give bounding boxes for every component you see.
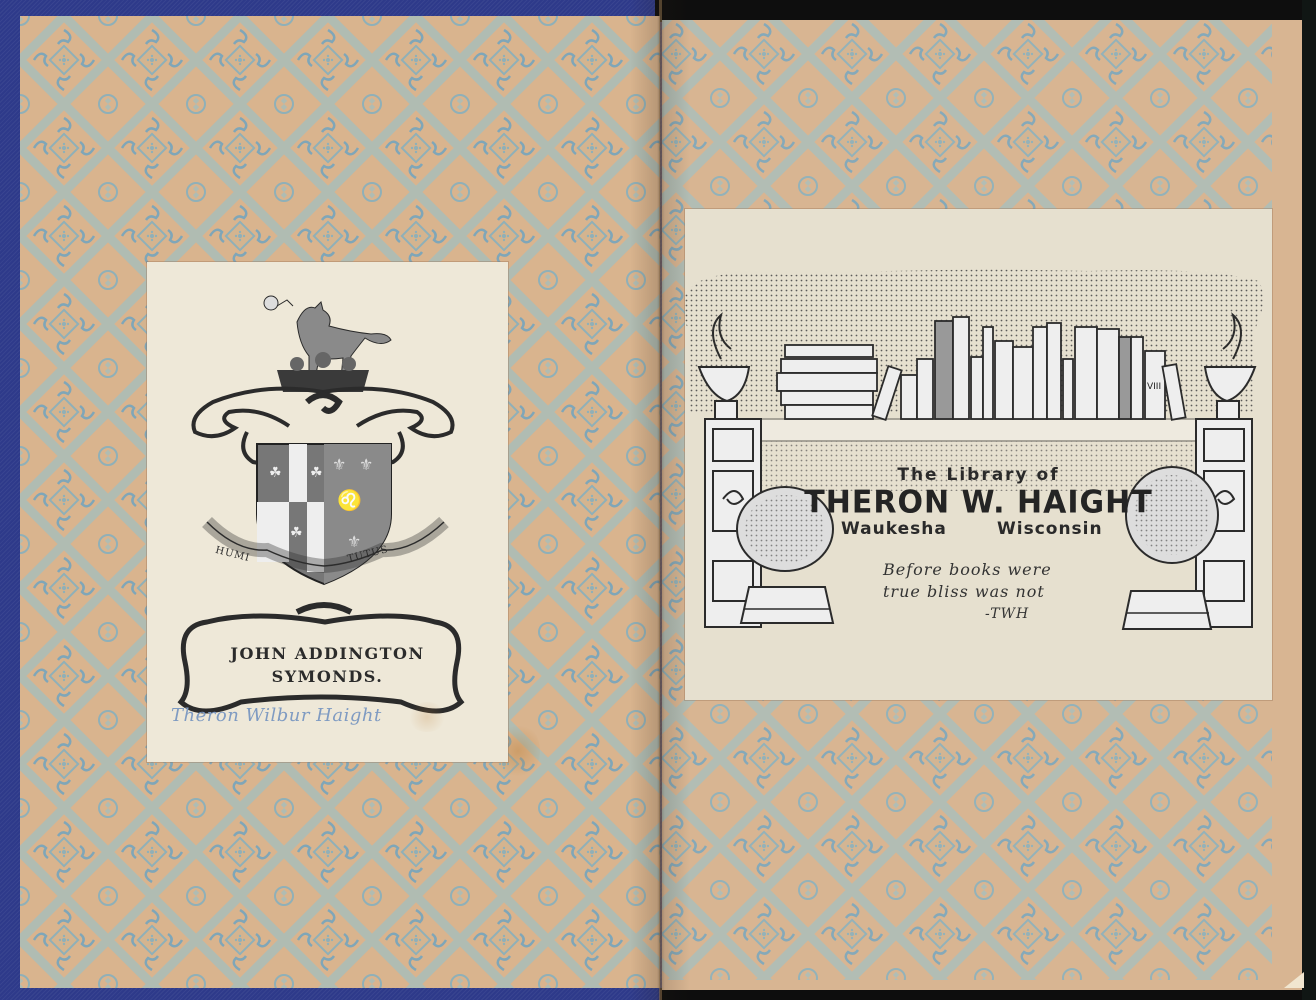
handwritten-quote-line2: true bliss was not bbox=[883, 581, 1045, 603]
library-owner-name: THERON W. HAIGHT bbox=[685, 484, 1272, 521]
book-cover-right-edge bbox=[1302, 0, 1316, 1000]
svg-text:♌: ♌ bbox=[337, 488, 362, 512]
foxing-stain bbox=[407, 702, 447, 732]
book-gutter bbox=[659, 0, 662, 1000]
library-city: Waukesha bbox=[841, 519, 947, 539]
bookshelf bbox=[705, 419, 1252, 441]
library-header: The Library of bbox=[685, 465, 1272, 485]
handwritten-quote-line1: Before books were bbox=[883, 559, 1052, 581]
bookplate-theron-w-haight: VIII bbox=[685, 209, 1272, 700]
library-state: Wisconsin bbox=[997, 519, 1103, 539]
svg-text:☘: ☘ bbox=[310, 465, 323, 481]
fox-crest-icon bbox=[264, 296, 391, 380]
svg-text:☘: ☘ bbox=[269, 465, 282, 481]
bookplate-john-addington-symonds: ☘ ☘ ☘ ⚜ ⚜ ♌ ⚜ HUMI TUTUS JOHN ADDINGTON … bbox=[147, 262, 508, 762]
handwritten-initials: -TWH bbox=[985, 603, 1029, 625]
owner-name-line1: JOHN ADDINGTON bbox=[147, 642, 508, 665]
book-cover-top-edge bbox=[655, 0, 1316, 22]
handwritten-signature: Theron Wilbur Haight bbox=[171, 705, 382, 726]
svg-text:⚜: ⚜ bbox=[347, 532, 361, 551]
svg-text:⚜: ⚜ bbox=[359, 455, 373, 474]
coronet-icon bbox=[277, 352, 369, 392]
book-spine-label: VIII bbox=[1147, 382, 1161, 392]
svg-text:⚜: ⚜ bbox=[332, 455, 346, 474]
svg-text:☘: ☘ bbox=[290, 525, 303, 541]
library-illustration: VIII bbox=[685, 209, 1272, 700]
owner-name-line2: SYMONDS. bbox=[147, 665, 508, 688]
